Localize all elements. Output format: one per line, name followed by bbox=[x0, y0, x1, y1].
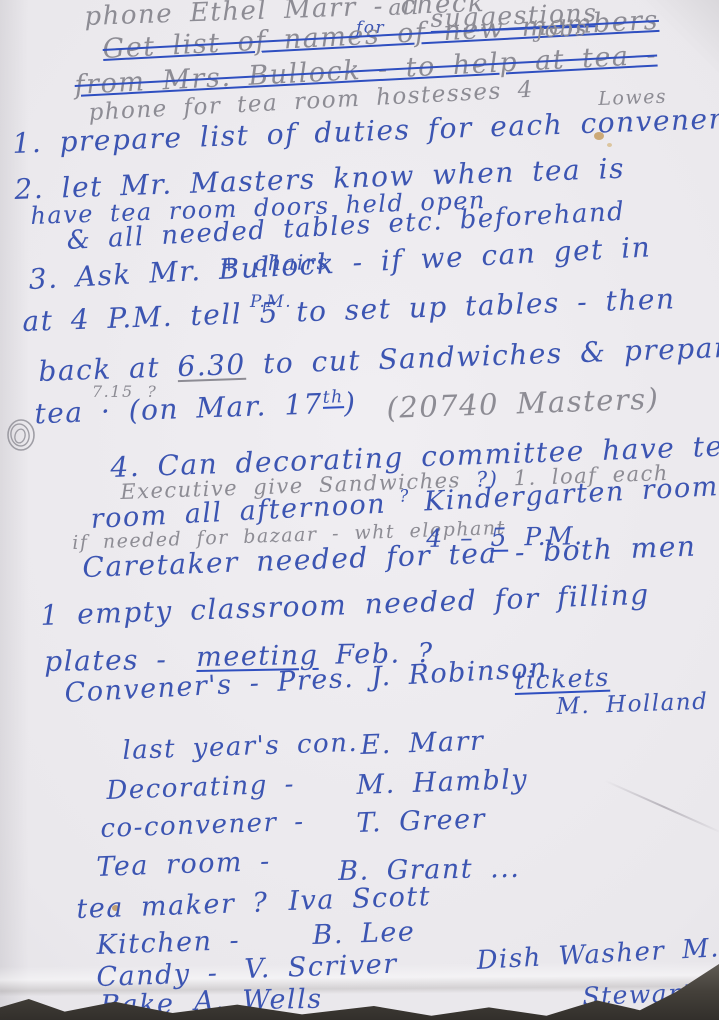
paper: phone Ethel Marr - checkallforsuggestion… bbox=[0, 0, 719, 1020]
note-line: tickets bbox=[514, 665, 610, 693]
note-line: Iva Scott bbox=[288, 883, 432, 915]
note-segment: Decorating - bbox=[106, 769, 296, 806]
note-line: back at 6.30 to cut Sandwiches & prepare bbox=[38, 333, 719, 386]
note-segment: th bbox=[322, 387, 344, 408]
note-segment: V. Scriver bbox=[244, 949, 398, 985]
note-segment: 6.30 bbox=[177, 348, 246, 383]
note-segment: Dish Washer M. bbox=[476, 933, 719, 976]
note-segment: tea · (on Mar. 17 bbox=[34, 387, 324, 430]
note-line: E. Marr bbox=[360, 728, 485, 759]
note-segment: to cut Sandwiches & prepare bbox=[245, 330, 719, 380]
note-line: M. Holland bbox=[556, 691, 709, 719]
note-line: tea · (on Mar. 17th) bbox=[34, 389, 357, 429]
note-line: Bake . bbox=[100, 990, 202, 1019]
note-segment: (20740 Masters) bbox=[386, 381, 660, 425]
note-line: Decorating - bbox=[106, 771, 295, 804]
crease-line bbox=[605, 780, 719, 834]
note-segment: Tea room - bbox=[96, 846, 271, 883]
paper-stain bbox=[607, 143, 612, 147]
note-segment: Bake . bbox=[100, 988, 202, 1020]
note-line: co-convener - bbox=[100, 809, 305, 842]
note-line: tea maker ? bbox=[76, 889, 269, 923]
note-segment: B. Lee bbox=[312, 916, 416, 951]
note-line: plates - bbox=[44, 646, 168, 676]
note-segment: ) bbox=[343, 386, 357, 419]
margin-scribble-icon bbox=[4, 416, 38, 454]
note-segment: Kitchen - bbox=[96, 925, 241, 961]
note-segment: Stewart bbox=[582, 978, 694, 1011]
note-line: Dish Washer M. bbox=[476, 935, 719, 974]
note-line: Kitchen - bbox=[96, 927, 241, 959]
note-line: 1 empty classroom needed for filling bbox=[40, 581, 650, 630]
note-line: last year's con. bbox=[122, 730, 359, 764]
note-segment: tickets bbox=[514, 663, 610, 695]
note-segment: T. Greer bbox=[356, 803, 487, 839]
note-line: Tea room - bbox=[96, 848, 271, 881]
note-segment: last year's con. bbox=[122, 728, 359, 766]
note-line: at 4 P.M. tell 5 to set up tables - then bbox=[22, 285, 676, 336]
note-segment: E. Marr bbox=[360, 726, 485, 761]
note-segment: M. Hambly bbox=[356, 764, 529, 801]
note-line: jobs bbox=[536, 18, 588, 42]
note-segment: Iva Scott bbox=[288, 881, 432, 917]
note-segment: tea maker ? bbox=[76, 887, 269, 925]
note-line: A. Wells bbox=[194, 986, 323, 1015]
note-segment: co-convener - bbox=[100, 807, 305, 844]
note-line: V. Scriver bbox=[244, 951, 398, 983]
note-line: B. Lee bbox=[312, 918, 416, 949]
note-segment: 1 empty classroom needed for filling bbox=[40, 578, 650, 632]
note-line: T. Greer bbox=[356, 805, 486, 837]
note-segment: jobs bbox=[536, 16, 588, 43]
note-line: Stewart bbox=[582, 980, 694, 1009]
note-line: (20740 Masters) bbox=[386, 384, 660, 423]
note-line: M. Hambly bbox=[356, 766, 529, 799]
note-segment: M. Holland bbox=[556, 689, 709, 720]
note-segment: ? bbox=[385, 485, 424, 507]
note-segment: A. Wells bbox=[194, 984, 323, 1017]
